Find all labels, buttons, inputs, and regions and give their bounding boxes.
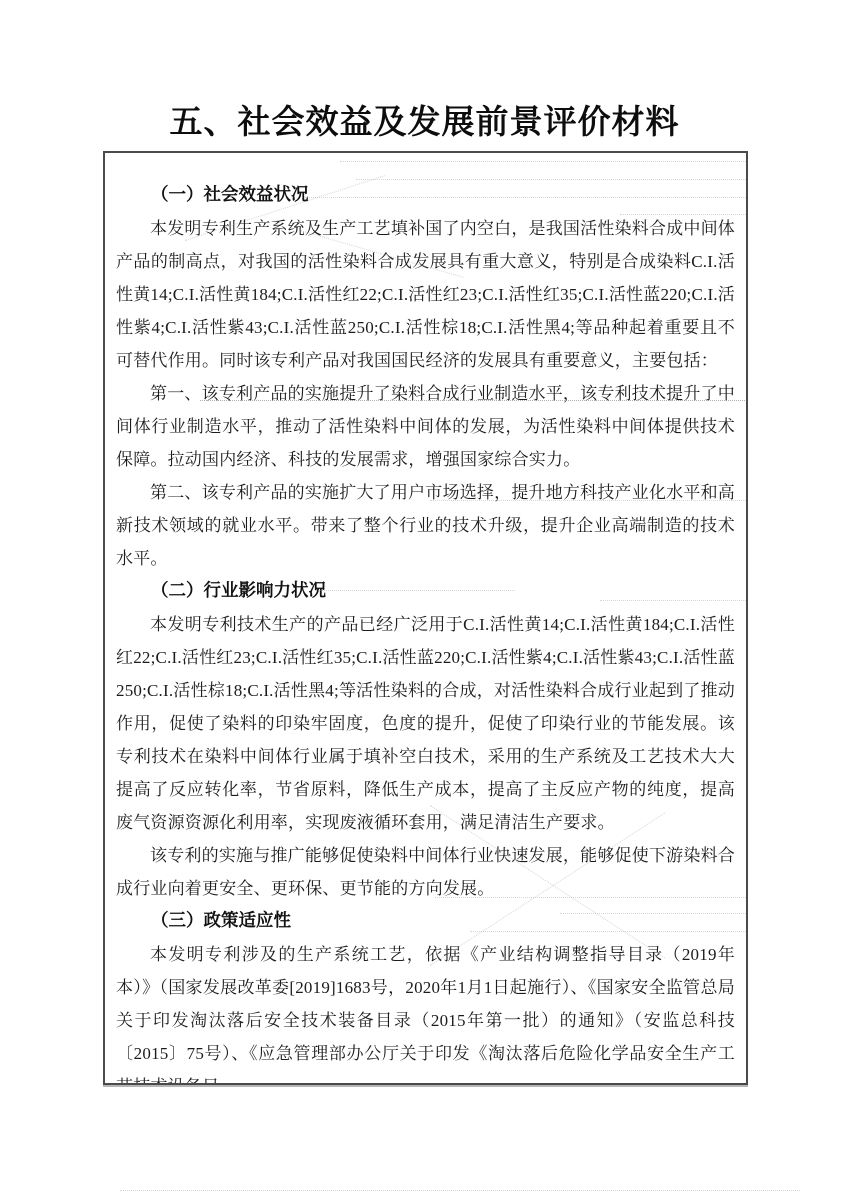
section-industry-influence: （二）行业影响力状况 本发明专利技术生产的产品已经广泛用于C.I.活性黄14;C… bbox=[116, 575, 735, 905]
section-1-paragraph-3: 第二、该专利产品的实施扩大了用户市场选择，提升地方科技产业化水平和高新技术领域的… bbox=[116, 476, 735, 575]
content-box: （一）社会效益状况 本发明专利生产系统及生产工艺填补国了内空白，是我国活性染料合… bbox=[103, 151, 748, 1085]
section-1-paragraph-1: 本发明专利生产系统及生产工艺填补国了内空白，是我国活性染料合成中间体产品的制高点… bbox=[116, 212, 735, 377]
section-3-heading: （三）政策适应性 bbox=[116, 905, 735, 938]
scan-artifact-line bbox=[120, 1190, 800, 1191]
document-title: 五、社会效益及发展前景评价材料 bbox=[0, 96, 849, 143]
section-3-paragraph-1: 本发明专利涉及的生产系统工艺，依据《产业结构调整指导目录（2019年本）》（国家… bbox=[116, 938, 735, 1085]
section-1-heading: （一）社会效益状况 bbox=[116, 179, 735, 212]
section-2-heading: （二）行业影响力状况 bbox=[116, 575, 735, 608]
document-page: 五、社会效益及发展前景评价材料 （一）社会效益状况 本发明专利生产系统及生产工艺… bbox=[0, 0, 849, 1200]
section-2-paragraph-2: 该专利的实施与推广能够促使染料中间体行业快速发展，能够促使下游染料合成行业向着更… bbox=[116, 839, 735, 905]
section-2-paragraph-1: 本发明专利技术生产的产品已经广泛用于C.I.活性黄14;C.I.活性黄184;C… bbox=[116, 608, 735, 839]
section-policy-adaptability: （三）政策适应性 本发明专利涉及的生产系统工艺，依据《产业结构调整指导目录（20… bbox=[116, 905, 735, 1085]
section-1-paragraph-2: 第一、该专利产品的实施提升了染料合成行业制造水平，该专利技术提升了中间体行业制造… bbox=[116, 377, 735, 476]
section-social-benefit: （一）社会效益状况 本发明专利生产系统及生产工艺填补国了内空白，是我国活性染料合… bbox=[116, 179, 735, 575]
